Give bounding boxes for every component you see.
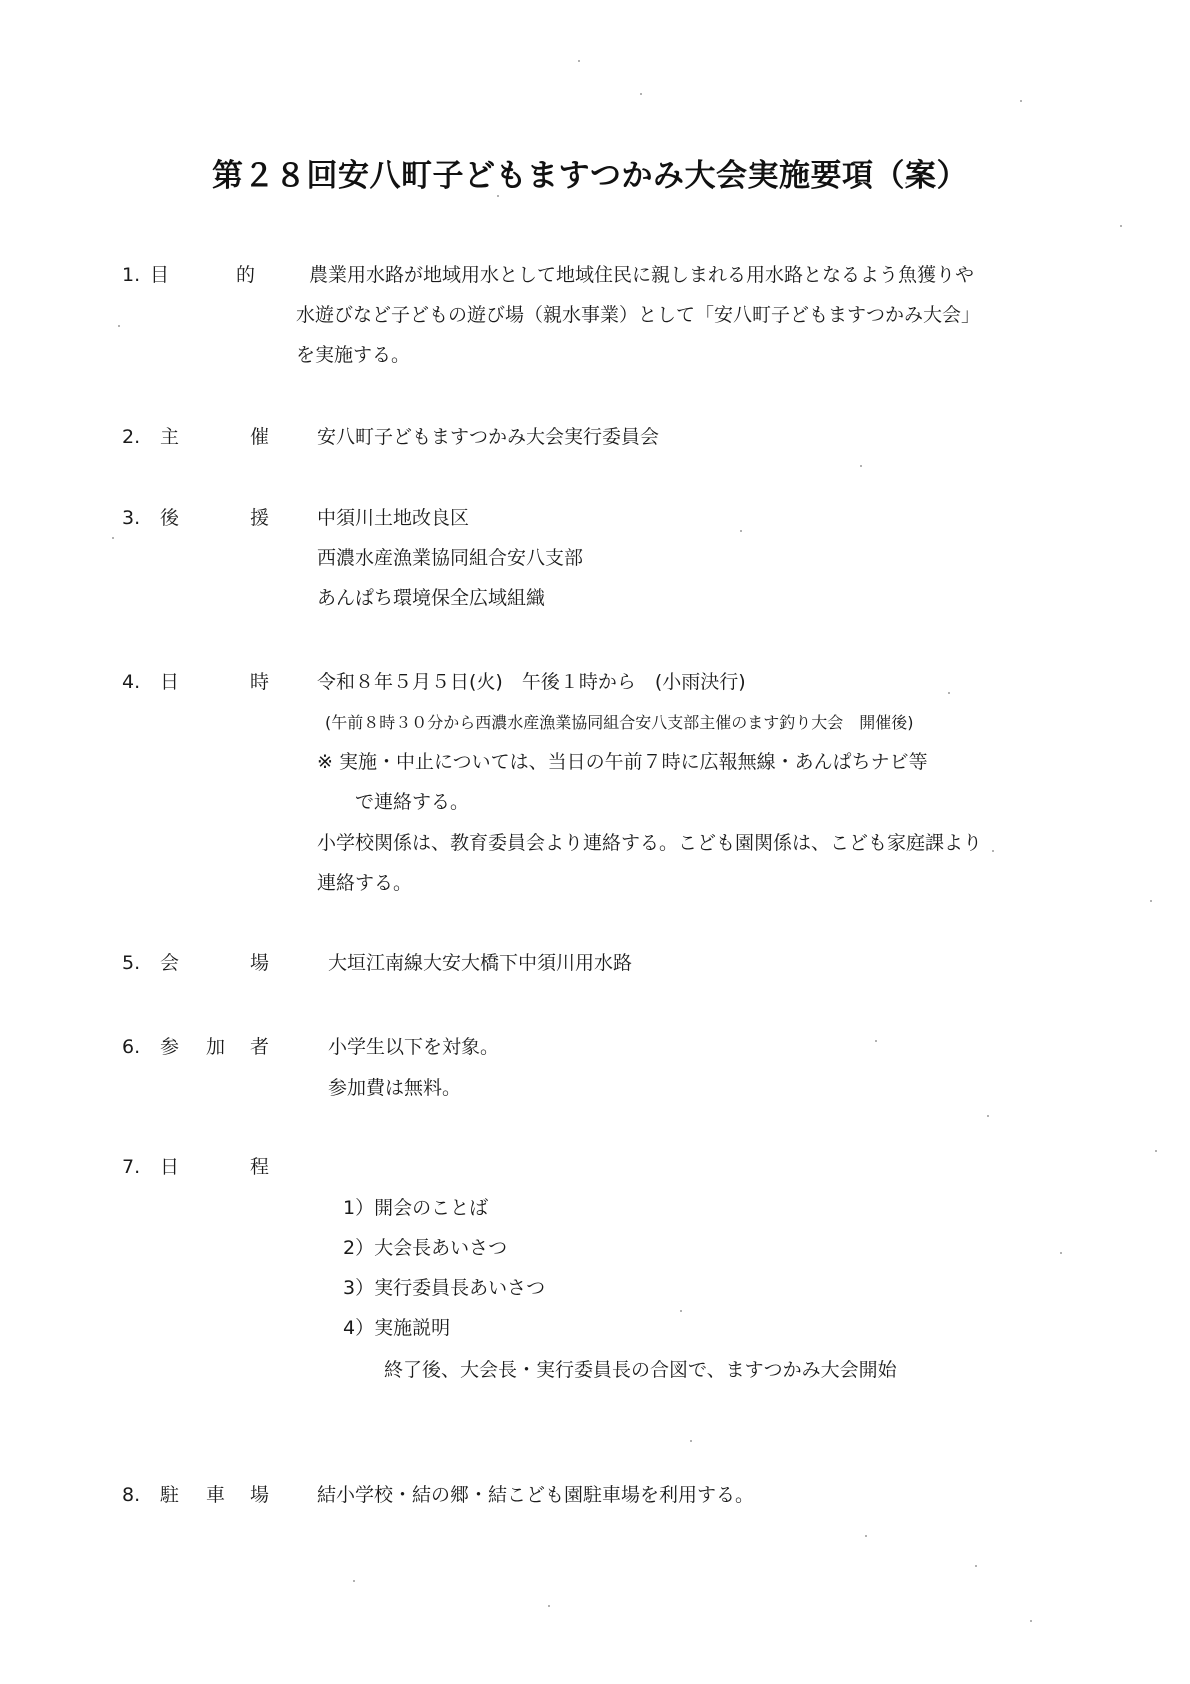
section-label: 援 (250, 506, 269, 530)
document-page: 第２８回安八町子どもますつかみ大会実施要項（案） 1. 目 的 農業用水路が地域… (0, 0, 1190, 1684)
section-label: 参 (160, 1035, 179, 1059)
section-text: 水遊びなど子どもの遊び場（親水事業）として「安八町子どもますつかみ大会」 (296, 303, 980, 327)
section-label: 催 (250, 425, 269, 449)
section-text: 令和８年５月５日(火) 午後１時から (小雨決行) (317, 670, 746, 694)
section-text: 参加費は無料。 (328, 1076, 461, 1100)
schedule-item: 1）開会のことば (343, 1196, 488, 1220)
section-notice: ※ 実施・中止については、当日の午前７時に広報無線・あんぱちナビ等 (317, 750, 928, 774)
section-label: 車 (206, 1483, 225, 1507)
section-label: 日 (160, 1155, 179, 1179)
section-subnote: (午前８時３０分から西濃水産漁業協同組合安八支部主催のます釣り大会 開催後) (325, 711, 914, 735)
section-label: 場 (250, 1483, 269, 1507)
section-label: 的 (236, 263, 255, 287)
schedule-item: 2）大会長あいさつ (343, 1236, 507, 1260)
section-label: 程 (250, 1155, 269, 1179)
section-label: 加 (206, 1035, 225, 1059)
section-text: 農業用水路が地域用水として地域住民に親しまれる用水路となるよう魚獲りや (309, 263, 974, 287)
section-number: 1. (122, 263, 140, 287)
document-title: 第２８回安八町子どもますつかみ大会実施要項（案） (212, 150, 972, 195)
section-number: 3. (122, 506, 140, 530)
section-label: 場 (250, 951, 269, 975)
section-text: 結小学校・結の郷・結こども園駐車場を利用する。 (317, 1483, 754, 1507)
schedule-item: 4）実施説明 (343, 1316, 450, 1340)
section-number: 4. (122, 670, 140, 694)
section-label: 後 (160, 506, 179, 530)
section-text: 安八町子どもますつかみ大会実行委員会 (317, 425, 659, 449)
section-text: 中須川土地改良区 (317, 506, 469, 530)
section-label: 駐 (160, 1483, 179, 1507)
section-label: 時 (250, 670, 269, 694)
section-text: 西濃水産漁業協同組合安八支部 (317, 546, 583, 570)
section-text: で連絡する。 (355, 790, 469, 814)
section-label: 主 (160, 425, 179, 449)
section-number: 8. (122, 1483, 140, 1507)
section-number: 2. (122, 425, 140, 449)
section-number: 5. (122, 951, 140, 975)
section-label: 目 (150, 263, 169, 287)
section-text: 連絡する。 (317, 871, 412, 895)
schedule-item: 3）実行委員長あいさつ (343, 1276, 545, 1300)
section-text: を実施する。 (296, 343, 410, 367)
schedule-note: 終了後、大会長・実行委員長の合図で、ますつかみ大会開始 (384, 1358, 897, 1382)
section-text: 小学生以下を対象。 (328, 1035, 499, 1059)
section-number: 7. (122, 1155, 140, 1179)
section-text: 大垣江南線大安大橋下中須川用水路 (328, 951, 632, 975)
section-text: あんぱち環境保全広域組織 (317, 586, 545, 610)
section-label: 日 (160, 670, 179, 694)
section-label: 会 (160, 951, 179, 975)
section-number: 6. (122, 1035, 140, 1059)
section-text: 小学校関係は、教育委員会より連絡する。こども園関係は、こども家庭課より (317, 831, 982, 855)
section-label: 者 (250, 1035, 269, 1059)
